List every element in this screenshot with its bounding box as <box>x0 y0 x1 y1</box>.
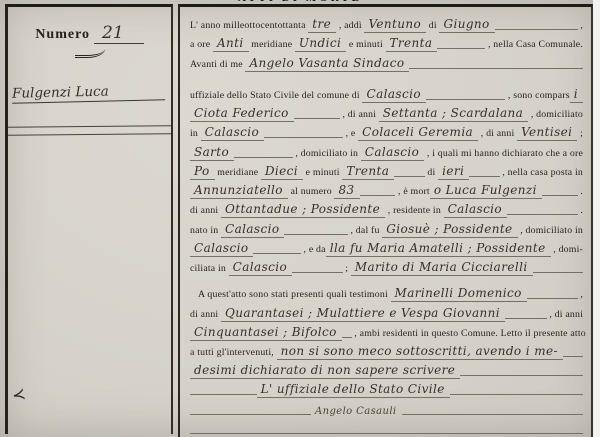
body-line: Cinquantasei ; Bifolco , ambi residenti … <box>190 322 583 341</box>
handwritten-text: Trenta <box>386 36 438 52</box>
handwritten-text: ieri <box>438 164 469 180</box>
handwritten-text: Calascio <box>362 87 425 103</box>
printed-text: di anni <box>190 309 221 322</box>
handwritten-text: Marito di Maria Cicciarelli <box>351 260 533 276</box>
handwritten-text: Dieci <box>261 164 303 180</box>
handwritten-text: desimi dichiarato di non sapere scrivere <box>190 363 460 379</box>
death-record-scan: ATTI DI MORTE Numero21 Fulgenzi Luca ≺ L… <box>0 0 600 437</box>
handwritten-text: tre <box>308 17 336 33</box>
margin-flourish-mark: ≺ <box>10 384 27 405</box>
handwritten-text: L' uffiziale dello Stato Civile <box>257 382 450 398</box>
numero-value: 21 <box>94 23 144 44</box>
printed-text: , domiciliato in <box>518 225 583 238</box>
handwritten-text: Calascio <box>221 222 284 238</box>
handwritten-text: Cinquantasei ; Bifolco <box>190 325 342 341</box>
handwritten-text: Undici <box>295 36 346 52</box>
handwritten-text: Calascio <box>444 202 507 218</box>
underline-filler <box>523 412 584 415</box>
handwritten-text: Settanta ; Scardalana <box>379 106 528 122</box>
handwritten-text: Marinelli Domenico <box>391 286 527 302</box>
printed-text: . <box>578 186 583 199</box>
underline-filler <box>409 66 583 69</box>
underline-filler <box>264 135 343 138</box>
handwritten-text: 83 <box>334 183 359 199</box>
handwritten-text: Po <box>190 164 215 180</box>
printed-text: di <box>425 167 438 180</box>
underline-filler <box>251 412 312 415</box>
divider-rule <box>8 125 171 135</box>
underline-filler <box>394 174 425 177</box>
printed-text: al numero <box>288 186 335 199</box>
body-line: di anni Quarantasei ; Mulattiere e Vespa… <box>190 302 583 321</box>
printed-text: uffiziale dello Stato Civile del comune … <box>190 90 362 103</box>
underline-filler <box>292 270 342 273</box>
printed-text: , e <box>343 128 358 141</box>
printed-text: meridiane <box>249 39 295 52</box>
printed-text: a tutti gl'intervenuti, <box>190 347 277 360</box>
body-line: Annunziatello al numero 83 , è morto Luc… <box>190 180 583 199</box>
act-body: L' anno milleottocentottanta tre , addì … <box>178 4 593 437</box>
handwritten-text: Annunziatello <box>190 183 288 199</box>
numero-label: Numero <box>35 27 90 42</box>
handwritten-text: o Luca Fulgenzi <box>430 183 542 199</box>
printed-text: ; <box>343 263 351 276</box>
handwritten-text: Ottantadue ; Possidente <box>221 202 385 218</box>
handwritten-text: Quarantasei ; Mulattiere e Vespa Giovann… <box>221 306 505 322</box>
handwritten-text: i <box>570 87 583 103</box>
body-line: nato in Calascio , dal fu Giosuè ; Possi… <box>190 218 583 237</box>
printed-text: , <box>578 289 583 302</box>
printed-text: , di anni <box>478 128 517 141</box>
printed-text: meridiane <box>215 167 261 180</box>
printed-text: di <box>426 20 439 33</box>
handwritten-text: Calascio <box>190 241 253 257</box>
underline-filler <box>505 316 547 319</box>
body-line: ciliata in Calascio ; Marito di Maria Ci… <box>190 257 583 276</box>
body-line: di anni Ottantadue ; Possidente , reside… <box>190 199 583 218</box>
printed-text: , nella casa posta in <box>500 167 583 180</box>
printed-text: in <box>190 128 201 141</box>
body-line: A quest'atto sono stati presenti quali t… <box>190 283 583 302</box>
printed-text: , domiciliato <box>528 109 583 122</box>
scan-edge <box>593 0 600 437</box>
underline-filler <box>190 412 251 415</box>
printed-text: , di anni <box>547 309 583 322</box>
underline-filler <box>516 392 583 395</box>
printed-text: , è mort <box>395 186 429 199</box>
handwritten-text: lla fu Maria Amatelli ; Possidente <box>326 241 551 257</box>
underline-filler <box>284 232 347 235</box>
printed-text: ciliata in <box>190 263 229 276</box>
underline-filler <box>190 431 583 434</box>
deceased-name: Fulgenzi Luca <box>12 82 165 103</box>
flourish-mark <box>75 49 105 58</box>
body-line: Ciota Federico , di anni Settanta ; Scar… <box>190 103 583 122</box>
underline-filler <box>190 392 257 395</box>
handwritten-text: Trenta <box>342 164 394 180</box>
underline-filler <box>533 270 583 273</box>
printed-text: ; <box>577 128 583 141</box>
handwritten-text: Angelo Casauli <box>311 406 402 418</box>
handwritten-text: non si sono meco sottoscritti, avendo i … <box>277 344 563 360</box>
printed-text: A quest'atto sono stati presenti quali t… <box>198 289 391 302</box>
underline-filler <box>450 392 517 395</box>
printed-text: , <box>578 20 583 33</box>
printed-text: , residente in <box>385 205 443 218</box>
underline-filler <box>460 373 583 376</box>
printed-text: nato in <box>190 225 221 238</box>
handwritten-text: Calascio <box>361 145 424 161</box>
underline-filler <box>542 193 578 196</box>
handwritten-text: Calascio <box>201 125 264 141</box>
printed-text: Avanti di me <box>190 59 245 72</box>
underline-filler <box>342 335 352 338</box>
underline-filler <box>253 251 300 254</box>
underline-filler <box>507 212 578 215</box>
body-line: Po meridiane Dieci e minuti Trenta di ie… <box>190 161 583 180</box>
body-line: Avanti di me Angelo Vasanta Sindaco <box>190 52 583 71</box>
underline-filler <box>402 412 463 415</box>
underline-filler <box>495 27 578 30</box>
underline-filler <box>462 412 523 415</box>
handwritten-text: Ciota Federico <box>190 106 294 122</box>
printed-text: e minuti <box>303 167 342 180</box>
printed-text: L' anno milleottocentottanta <box>190 20 308 33</box>
underline-filler <box>437 46 485 49</box>
printed-text: di anni <box>190 205 221 218</box>
body-line: Calascio , e dalla fu Maria Amatelli ; P… <box>190 238 583 257</box>
body-line: a tutti gl'intervenuti, non si sono meco… <box>190 341 583 360</box>
printed-text: , i quali mi hanno dichiarato che a ore <box>424 148 583 161</box>
printed-text: , nella Casa Comunale. <box>485 39 583 52</box>
body-line: desimi dichiarato di non sapere scrivere <box>190 360 583 379</box>
printed-text: , domi- <box>551 244 583 257</box>
printed-text: e minuti <box>346 39 385 52</box>
printed-text: , e da <box>301 244 326 257</box>
printed-text: , sono compars <box>505 90 570 103</box>
printed-text: , di anni <box>340 109 379 122</box>
underline-filler <box>294 116 340 119</box>
printed-text: a ore <box>190 39 213 52</box>
printed-text: . <box>578 205 583 218</box>
printed-text: , addì <box>336 20 364 33</box>
body-line: L' uffiziale dello Stato Civile <box>190 379 583 398</box>
underline-filler <box>360 193 396 196</box>
printed-text: , dal fu <box>348 225 382 238</box>
numero-row: Numero21 <box>8 23 171 43</box>
handwritten-text: Angelo Vasanta Sindaco <box>245 56 409 72</box>
body-line: a ore Anti meridiane Undici e minuti Tre… <box>190 33 583 52</box>
handwritten-text: Sarto <box>190 145 234 161</box>
underline-filler <box>469 174 500 177</box>
body-line: Angelo Casauli <box>190 398 583 417</box>
printed-text: , domiciliato in <box>293 148 361 161</box>
handwritten-text: Colaceli Geremia <box>358 125 478 141</box>
handwritten-text: Ventisei <box>517 125 577 141</box>
printed-text: , ambi residenti in questo Comune. Letto… <box>352 328 586 341</box>
handwritten-text: Giugno <box>439 17 494 33</box>
body-line: Sarto , domiciliato in Calascio , i qual… <box>190 141 583 160</box>
body-line <box>190 418 583 437</box>
margin-column: Numero21 Fulgenzi Luca ≺ <box>5 4 173 434</box>
underline-filler <box>426 97 505 100</box>
handwritten-text: Giosuè ; Possidente <box>382 222 517 238</box>
underline-filler <box>563 354 583 357</box>
body-line: uffiziale dello Stato Civile del comune … <box>190 84 583 103</box>
handwritten-text: Anti <box>213 36 249 52</box>
underline-filler <box>234 155 293 158</box>
body-line: L' anno milleottocentottanta tre , addì … <box>190 14 583 33</box>
underline-filler <box>527 296 578 299</box>
handwritten-text: Ventuno <box>364 17 426 33</box>
handwritten-text: Calascio <box>229 260 292 276</box>
body-line: in Calascio , e Colaceli Geremia , di an… <box>190 122 583 141</box>
